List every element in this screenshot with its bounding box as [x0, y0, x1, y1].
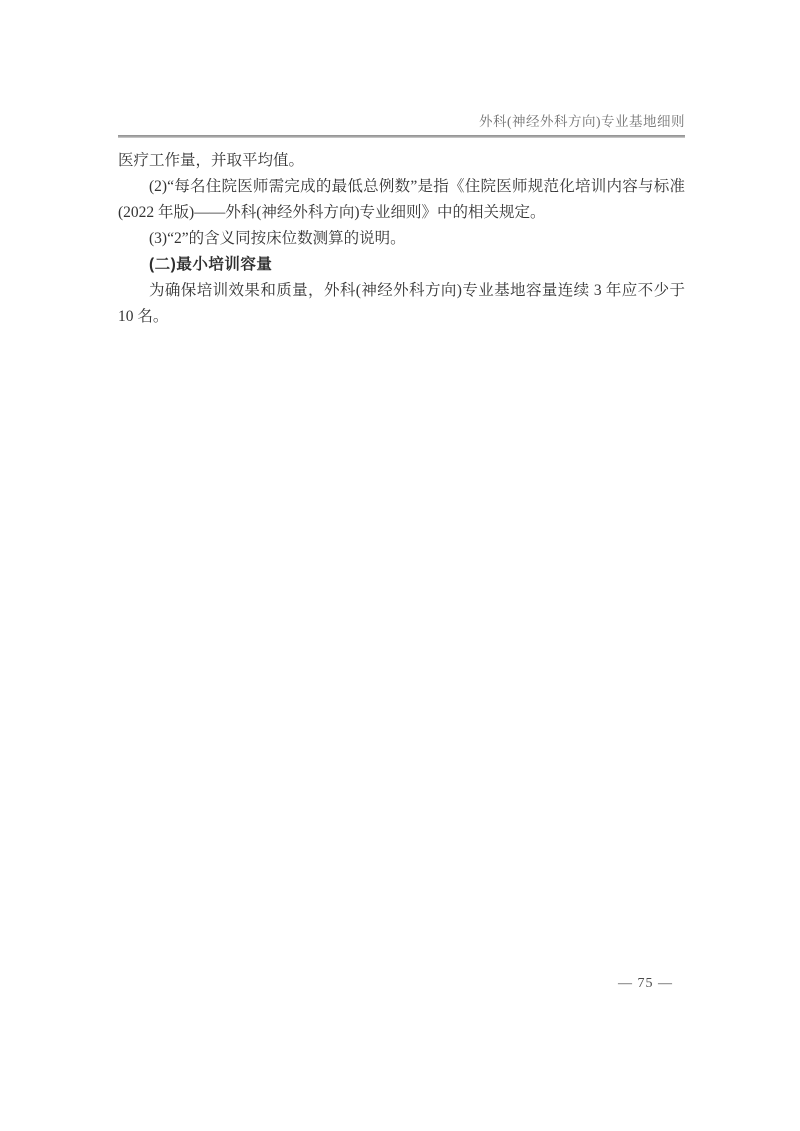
paragraph-min-training-capacity: 为确保培训效果和质量，外科(神经外科方向)专业基地容量连续 3 年应不少于 10… [118, 278, 685, 330]
continuation-paragraph: 医疗工作量，并取平均值。 [118, 148, 685, 174]
section-heading-min-training-capacity: (二)最小培训容量 [118, 252, 685, 278]
paragraph-item-2: (2)“每名住院医师需完成的最低总例数”是指《住院医师规范化培训内容与标准(20… [118, 174, 685, 226]
running-header-title: 外科(神经外科方向)专业基地细则 [118, 112, 685, 132]
header-rule [118, 135, 685, 138]
paragraph-item-3: (3)“2”的含义同按床位数测算的说明。 [118, 226, 685, 252]
document-page: 外科(神经外科方向)专业基地细则 医疗工作量，并取平均值。 (2)“每名住院医师… [0, 0, 800, 1131]
page-number: — 75 — [618, 975, 673, 993]
body-text-block: 医疗工作量，并取平均值。 (2)“每名住院医师需完成的最低总例数”是指《住院医师… [118, 148, 685, 330]
